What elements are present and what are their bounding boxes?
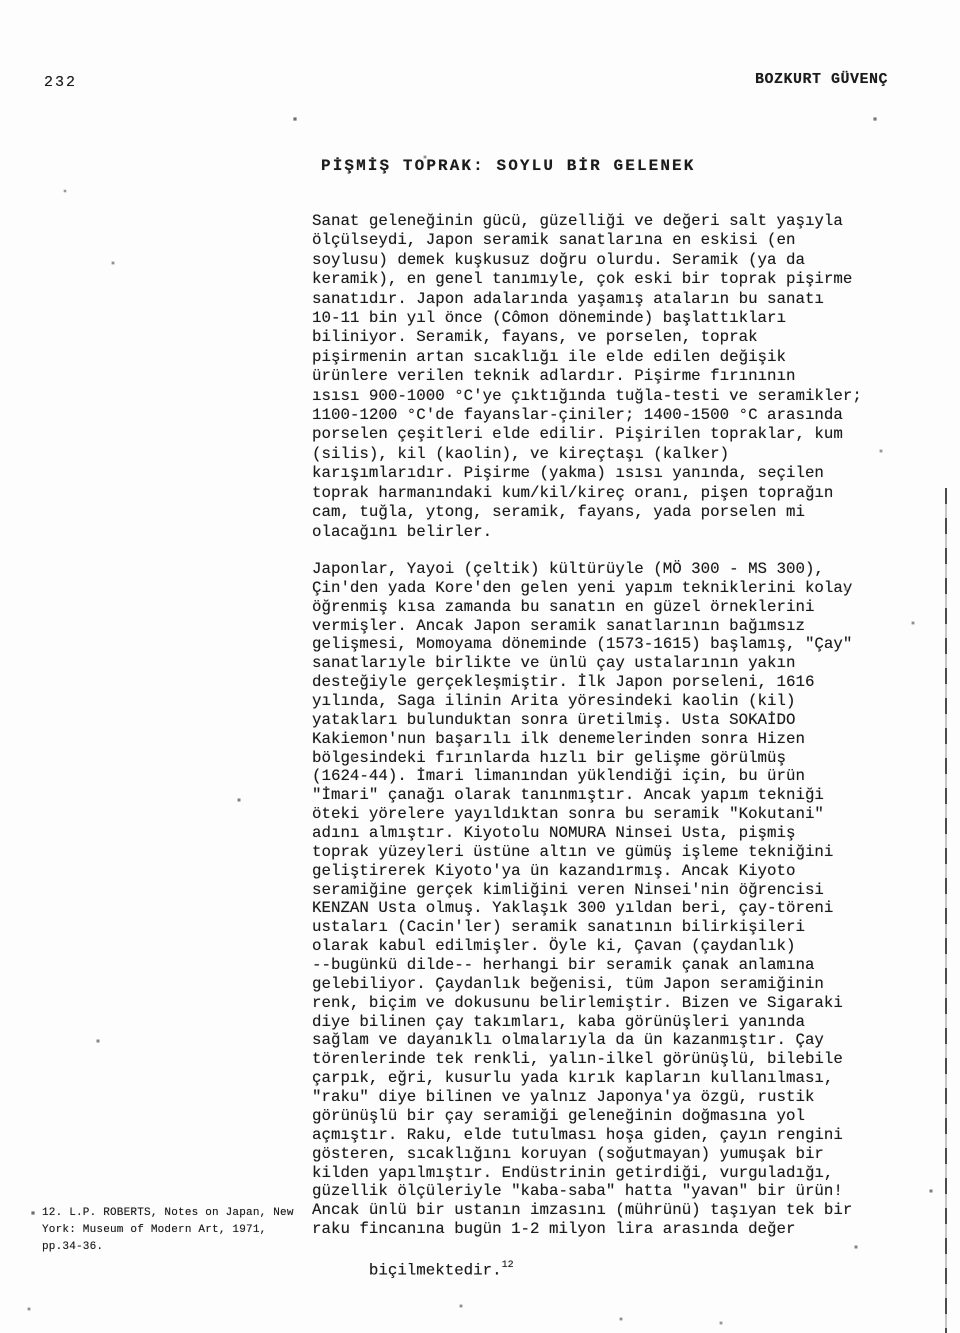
text-line: çarpık, eğri, kusurlu yada kırık kapları…: [312, 1069, 892, 1088]
text-line: ürünlere verilen teknik adlardır. Pişirm…: [312, 367, 892, 386]
text-line: geliştirerek Kiyoto'ya ün kazandırmış. A…: [312, 862, 892, 881]
text-line: görünüşlü bir çay seramiği geleneğinin d…: [312, 1107, 892, 1126]
text-line: ısısı 900-1000 °C'ye çıktığında tuğla-te…: [312, 387, 892, 406]
text-line: ölçülseydi, Japon seramik sanatlarına en…: [312, 231, 892, 250]
text-line: biliniyor. Seramik, fayans, ve porselen,…: [312, 328, 892, 347]
document-page: 232 BOZKURT GÜVENÇ PİŞMİŞ TOPRAK: SOYLU …: [0, 0, 960, 1333]
text-line: pişirmenin artan sıcaklığı ile elde edil…: [312, 348, 892, 367]
text-line: yatakları bulunduktan sonra üretilmiş. U…: [312, 711, 892, 730]
text-line: Sanat geleneğinin gücü, güzelliği ve değ…: [312, 212, 892, 231]
text-line: soylusu) demek kuşkusuz doğru olurdu. Se…: [312, 251, 892, 270]
text-line: Japonlar, Yayoi (çeltik) kültürüyle (MÖ …: [312, 560, 892, 579]
text-line: gelebiliyor. Çaydanlık beğenisi, tüm Jap…: [312, 975, 892, 994]
text-line: sanatıdır. Japon adalarında yaşamış atal…: [312, 290, 892, 309]
footnote: 12. L.P. ROBERTS, Notes on Japan, New Yo…: [42, 1205, 302, 1255]
text-line: öteki yörelere yayıldıktan sonra bu sera…: [312, 805, 892, 824]
text-line: sağlam ve dayanıklı olmalarıyla da ün ka…: [312, 1031, 892, 1050]
text-line: karışımlarıdır. Pişirme (yakma) ısısı ya…: [312, 464, 892, 483]
text-line: olarak kabul edilmişler. Öyle ki, Çavan …: [312, 937, 892, 956]
running-head: BOZKURT GÜVENÇ: [755, 71, 888, 88]
footnote-line: 12. L.P. ROBERTS, Notes on Japan, New: [42, 1205, 302, 1222]
text-line: renk, biçim ve dokusunu belirlemiştir. B…: [312, 994, 892, 1013]
text-line: Ancak ünlü bir ustanın imzasını (mührünü…: [312, 1201, 892, 1220]
text-line: 1100-1200 °C'de fayanslar-çiniler; 1400-…: [312, 406, 892, 425]
text-line: olacağını belirler.: [312, 523, 892, 542]
scan-noise-speckles: [0, 0, 2, 2]
text-line: adını almıştır. Kiyotolu NOMURA Ninsei U…: [312, 824, 892, 843]
text-line: keramik), en genel tanımıyle, çok eski b…: [312, 270, 892, 289]
text-line: biçilmektedir.12: [312, 1239, 892, 1299]
text-line: açmıştır. Raku, elde tutulması hoşa gide…: [312, 1126, 892, 1145]
text-line: desteğiyle gerçekleşmiştir. İlk Japon po…: [312, 673, 892, 692]
text-line: cam, tuğla, ytong, seramik, fayans, yada…: [312, 503, 892, 522]
scan-artifact-line: [945, 488, 947, 1333]
footnote-line: pp.34-36.: [42, 1239, 302, 1256]
text-line: diye bilinen çay takımları, kaba görünüş…: [312, 1013, 892, 1032]
body-paragraph-1: Sanat geleneğinin gücü, güzelliği ve değ…: [312, 212, 892, 542]
article-title: PİŞMİŞ TOPRAK: SOYLU BİR GELENEK: [321, 157, 695, 175]
text-line: "raku" diye bilinen ve yalnız Japonya'ya…: [312, 1088, 892, 1107]
text-line: bölgesindeki fırınlarda hızlı bir gelişm…: [312, 749, 892, 768]
text-line: seramiğine gerçek kimliğini veren Ninsei…: [312, 881, 892, 900]
text-line: 10-11 bin yıl önce (Cômon döneminde) baş…: [312, 309, 892, 328]
page-number: 232: [44, 74, 77, 91]
text-line: ustaları (Cacin'ler) seramik sanatının b…: [312, 918, 892, 937]
text-line: Çin'den yada Kore'den gelen yeni yapım t…: [312, 579, 892, 598]
text-line: toprak harmanındaki kum/kil/kireç oranı,…: [312, 484, 892, 503]
text-line: vermişler. Ancak Japon seramik sanatları…: [312, 617, 892, 636]
text-line: "İmari" çanağı olarak tanınmıştır. Ancak…: [312, 786, 892, 805]
text-line: kilden yapılmıştır. Endüstrinin getirdiğ…: [312, 1164, 892, 1183]
text-line: güzellik ölçüleriyle "kaba-saba" hatta "…: [312, 1182, 892, 1201]
text-line: (silis), kil (kaolin), ve kireçtaşı (kal…: [312, 445, 892, 464]
text-line: --bugünkü dilde-- herhangi bir seramik ç…: [312, 956, 892, 975]
text-line: gösteren, sıcaklığını koruyan (soğutmaya…: [312, 1145, 892, 1164]
text-line: porselen çeşitleri elde edilir. Pişirile…: [312, 425, 892, 444]
text-line: raku fincanına bugün 1-2 milyon lira ara…: [312, 1220, 892, 1239]
text-line-final: biçilmektedir.: [369, 1261, 502, 1279]
body-paragraph-2: Japonlar, Yayoi (çeltik) kültürüyle (MÖ …: [312, 560, 892, 1299]
text-line: gelişmesi, Momoyama döneminde (1573-1615…: [312, 635, 892, 654]
text-line: toprak yüzeyleri üstüne altın ve gümüş i…: [312, 843, 892, 862]
text-line: törenlerinde tek renkli, yalın-ilkel gör…: [312, 1050, 892, 1069]
footnote-reference: 12: [502, 1260, 514, 1271]
text-line: öğrenmiş kısa zamanda bu sanatın en güze…: [312, 598, 892, 617]
text-line: sanatlarıyle birlikte ve ünlü çay ustala…: [312, 654, 892, 673]
text-line: Kakiemon'nun başarılı ilk denemelerinden…: [312, 730, 892, 749]
text-line: yılında, Saga ilinin Arita yöresindeki k…: [312, 692, 892, 711]
text-line: (1624-44). İmari limanından yüklendiği i…: [312, 767, 892, 786]
footnote-line: York: Museum of Modern Art, 1971,: [42, 1222, 302, 1239]
text-line: KENZAN Usta olmuş. Yaklaşık 300 yıldan b…: [312, 899, 892, 918]
